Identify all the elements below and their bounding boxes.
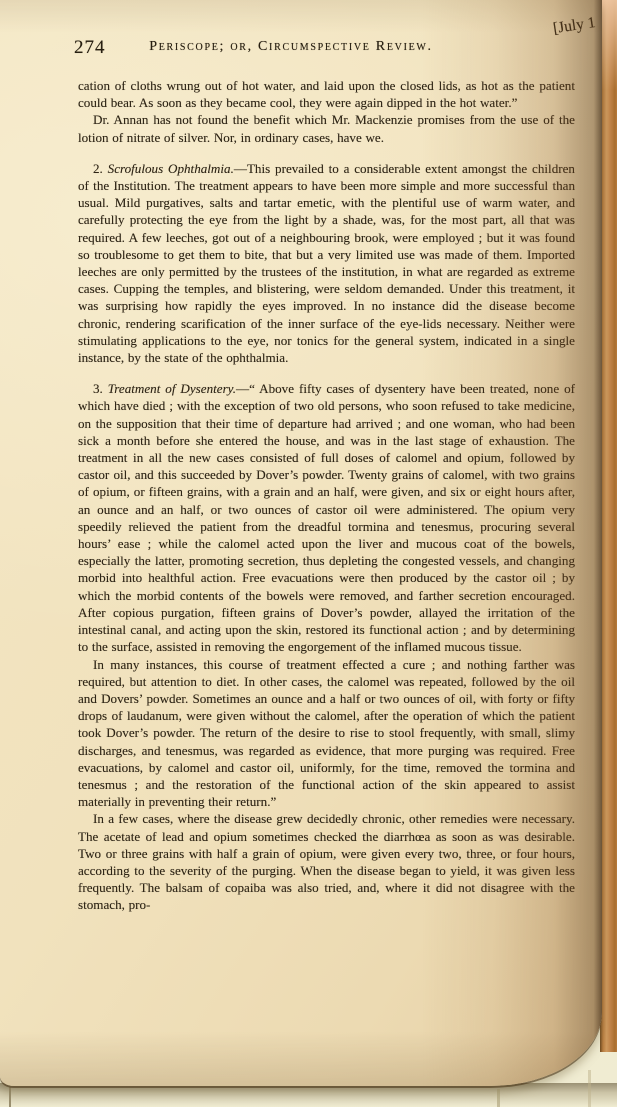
under-sheet-edge	[588, 1070, 591, 1107]
section-2-body: —This prevailed to a considerable extent…	[78, 161, 575, 365]
paragraph-annan: Dr. Annan has not found the benefit whic…	[78, 111, 575, 145]
running-title: Periscope; or, Circumspective Review.	[60, 39, 522, 55]
left-crease-line	[9, 1087, 11, 1107]
book-fore-edge	[600, 0, 617, 1052]
book-page: 274 Periscope; or, Circumspective Review…	[0, 0, 602, 1086]
section-2-title: Scrofulous Ophthalmia.	[108, 161, 234, 176]
section-3-number: 3.	[93, 381, 103, 396]
section-2-number: 2.	[93, 161, 103, 176]
paragraph-continuation: cation of cloths wrung out of hot water,…	[78, 77, 575, 111]
under-sheet-edge	[497, 1089, 500, 1107]
section-3-body: —“ Above fifty cases of dysentery have b…	[78, 381, 575, 654]
paragraph-many-instances: In many instances, this course of treatm…	[78, 656, 575, 811]
text-column: cation of cloths wrung out of hot water,…	[78, 77, 575, 914]
scanned-book-page: 274 Periscope; or, Circumspective Review…	[0, 0, 617, 1107]
page-header: 274 Periscope; or, Circumspective Review…	[0, 34, 602, 68]
paragraph-chronic-cases: In a few cases, where the disease grew d…	[78, 810, 575, 913]
section-3-title: Treatment of Dysentery.	[108, 381, 236, 396]
page-bottom-shadow	[0, 1083, 617, 1107]
section-2-paragraph: 2. Scrofulous Ophthalmia.—This prevailed…	[78, 160, 575, 366]
section-3-paragraph: 3. Treatment of Dysentery.—“ Above fifty…	[78, 380, 575, 655]
issue-date-marker: [July 1	[552, 14, 597, 38]
